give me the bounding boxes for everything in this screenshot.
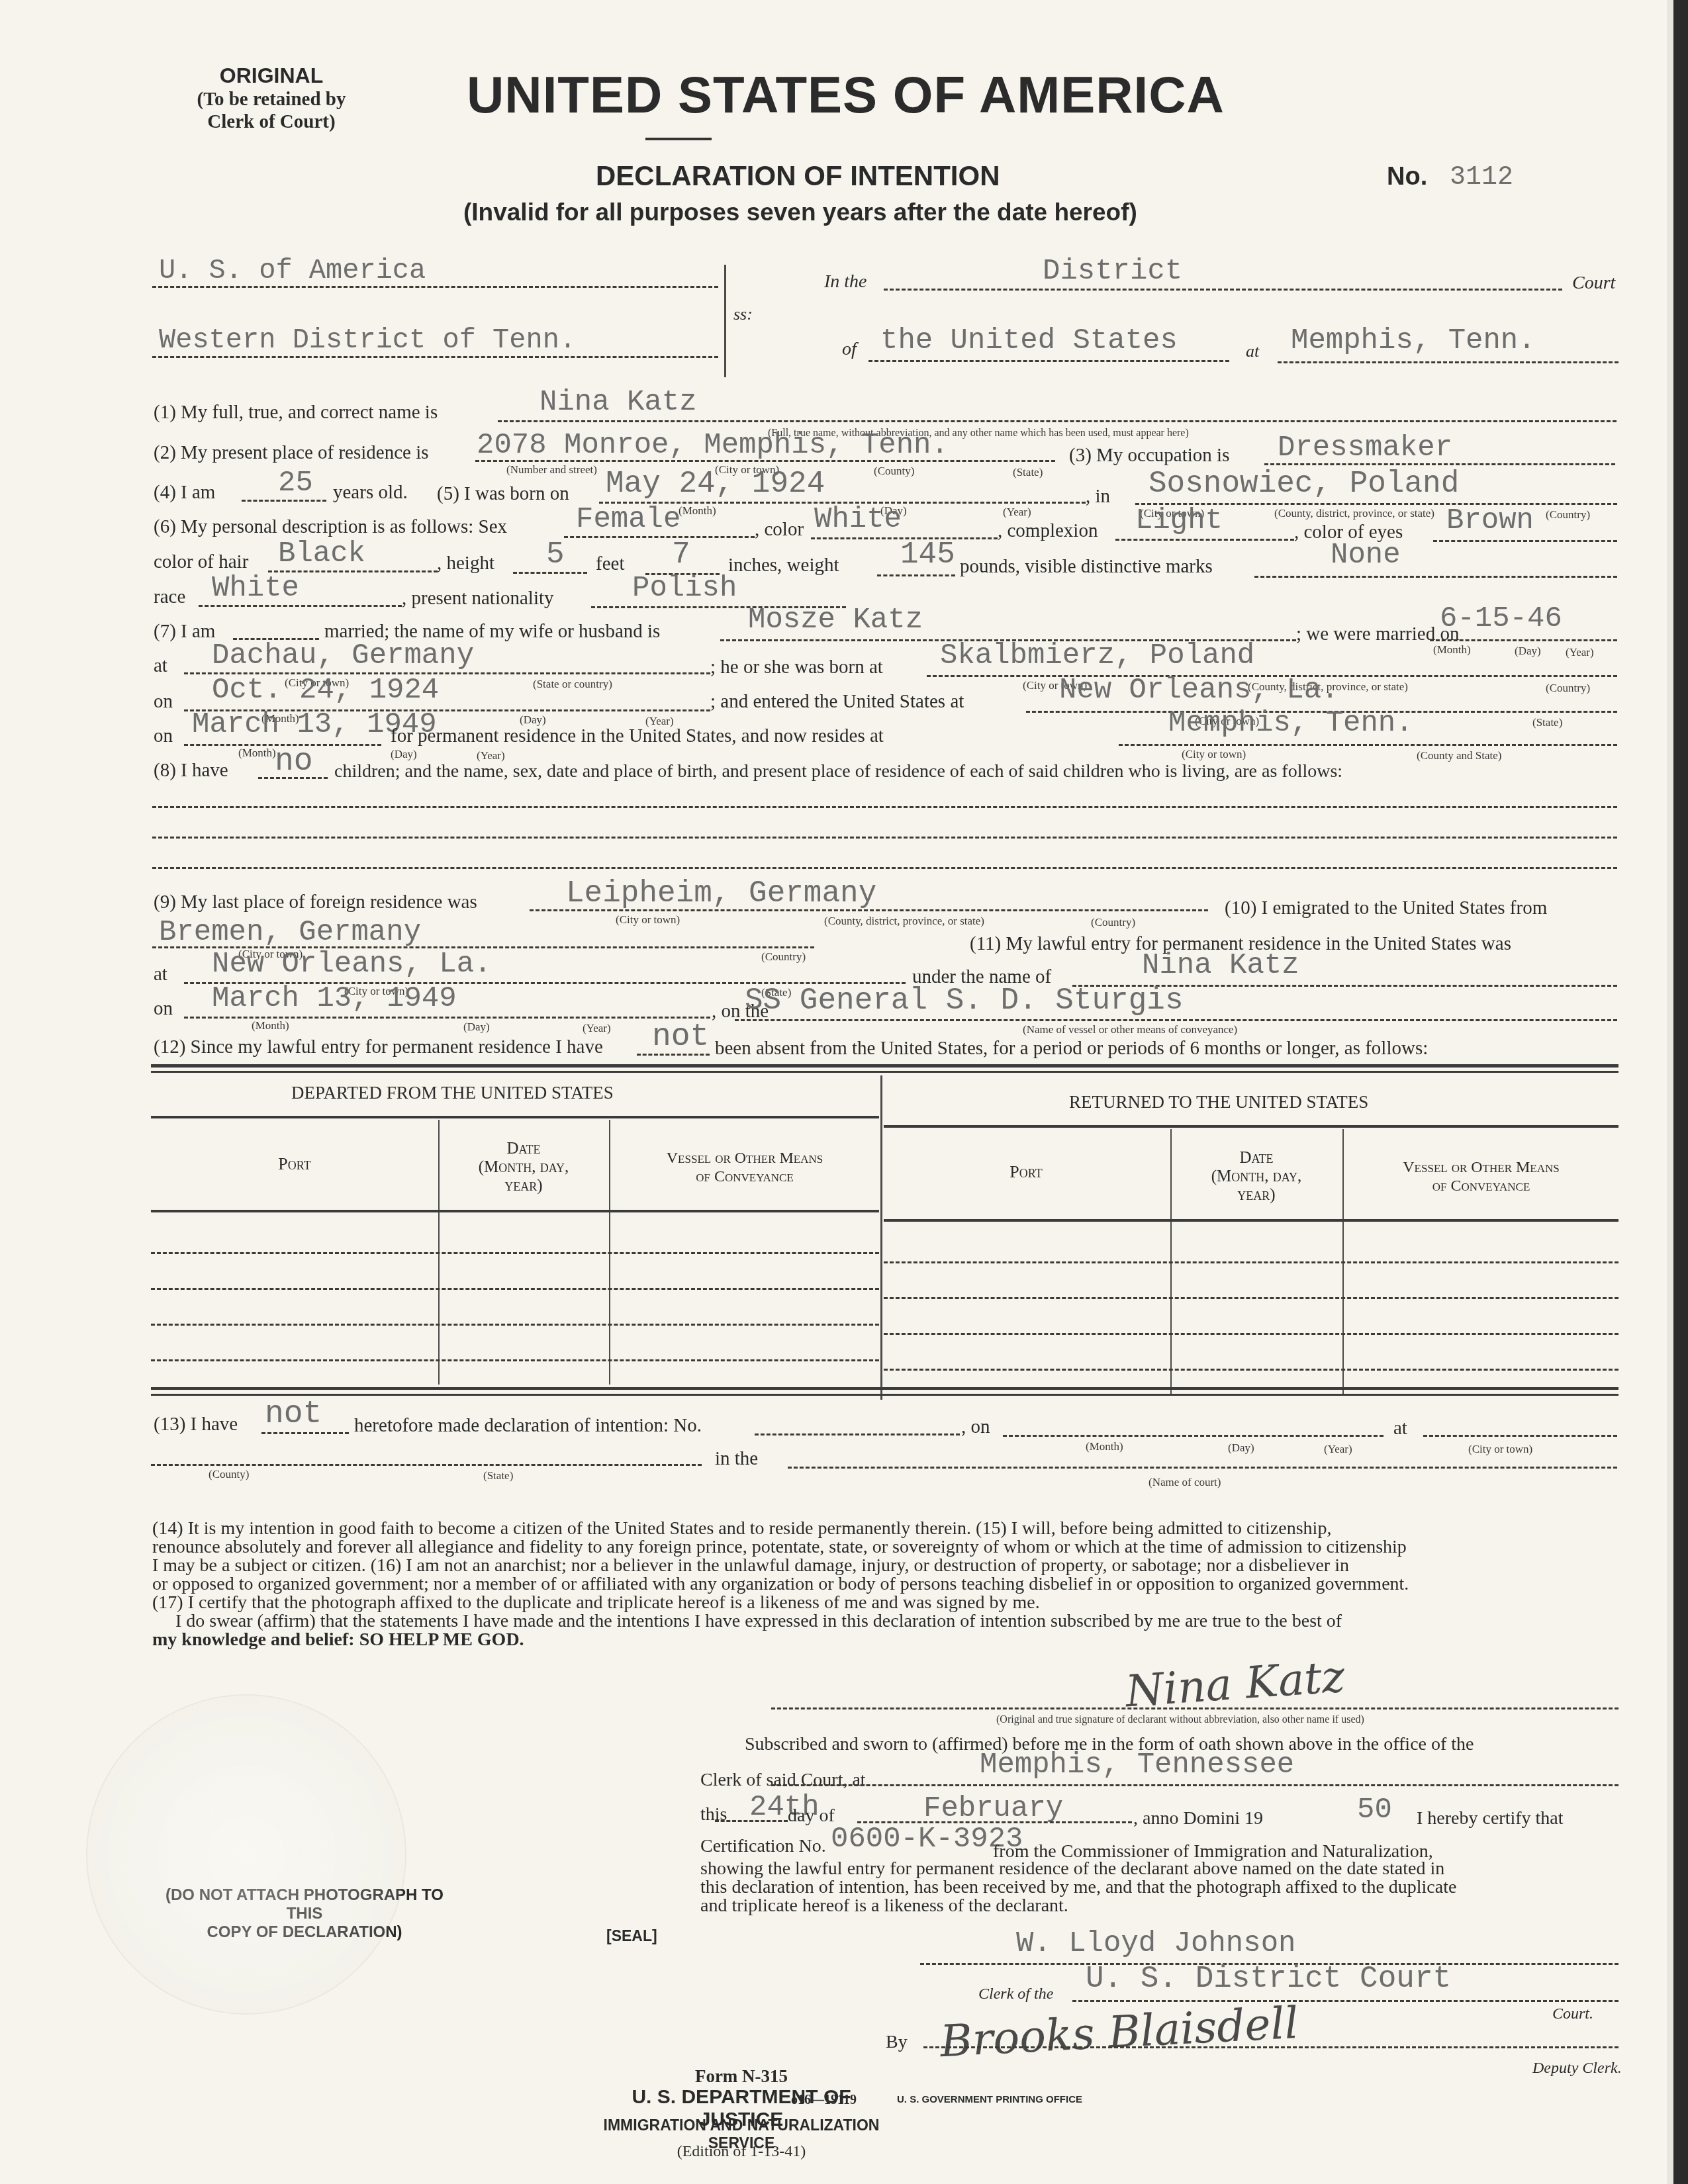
distinctive-marks: None (1331, 539, 1401, 572)
marriage-date-line (1430, 639, 1617, 641)
q8-rest-label: children; and the name, sex, date and pl… (334, 761, 1342, 782)
court-suffix-label: Court. (1552, 2005, 1593, 2023)
gpo-label: U. S. GOVERNMENT PRINTING OFFICE (897, 2094, 1082, 2105)
oath-line-5: (17) I certify that the photograph affix… (152, 1594, 1618, 1612)
age: 25 (278, 467, 313, 500)
q13-label: (13) I have (154, 1414, 238, 1435)
note-country: (Country) (1546, 508, 1590, 522)
nationality: Polish (632, 572, 737, 605)
day-of-label: day of (788, 1807, 835, 1825)
returned-title: RETURNED TO THE UNITED STATES (1069, 1092, 1368, 1113)
note-day-2: (Day) (1515, 645, 1541, 658)
race-line (199, 605, 402, 607)
children-line-1 (152, 806, 1617, 808)
q2-label: (2) My present place of residence is (154, 442, 429, 464)
spouse-entry-port: New Orleans, La. (1059, 674, 1338, 707)
in-label: , in (1086, 486, 1110, 508)
oath-place-line (771, 1784, 1618, 1786)
ret-date-header: Date (Month, day, year) (1172, 1149, 1341, 1205)
prior-no-line[interactable] (755, 1433, 960, 1435)
years-old-label: years old. (333, 482, 408, 504)
dep-vessel-h2: of Conveyance (610, 1167, 879, 1186)
court-label: Court (1572, 273, 1615, 294)
marriage-place: Dachau, Germany (212, 639, 474, 672)
clerk-at-label: Clerk of said Court, at (700, 1771, 866, 1790)
retained-text-1: (To be retained by (152, 88, 391, 111)
ret-row-4[interactable] (884, 1369, 1618, 1371)
q13-note-city: (City or town) (1468, 1443, 1532, 1456)
table-top-rule-2 (151, 1071, 1618, 1073)
prior-county-state-line[interactable] (151, 1464, 702, 1466)
title-rule (645, 138, 712, 140)
ret-vessel-header: Vessel or Other Means of Conveyance (1344, 1158, 1618, 1195)
note-month-4: (Month) (238, 747, 276, 760)
note-county-district: (County, district, province, or state) (1274, 507, 1434, 520)
hair-color: Black (278, 537, 365, 570)
sex-line (564, 536, 755, 538)
marriage-date: 6-15-46 (1440, 602, 1562, 635)
court-location-line (1278, 361, 1618, 363)
age-line (242, 500, 326, 502)
dep-row-2[interactable] (151, 1288, 879, 1290)
note-vessel: (Name of vessel or other means of convey… (1023, 1023, 1237, 1036)
note-state: (State) (1013, 466, 1043, 479)
at-label: at (1246, 341, 1259, 361)
married-at-label: at (154, 655, 167, 677)
entry-at-label: at (154, 964, 167, 985)
cert-line-2: this declaration of intention, has been … (700, 1878, 1456, 1897)
inches-weight-label: inches, weight (728, 555, 839, 576)
complexion: Light (1135, 504, 1223, 537)
residence: 2078 Monroe, Memphis, Tenn. (477, 429, 949, 462)
emigrated-from: Bremen, Germany (159, 916, 421, 949)
eyes-line (1433, 540, 1617, 542)
oath-line-2: renounce absolutely and forever all alle… (152, 1538, 1618, 1557)
spouse-birth-date: Oct. 24, 1924 (212, 674, 439, 707)
oath-line-1: (14) It is my intention in good faith to… (152, 1520, 1618, 1538)
entry-name: Nina Katz (1142, 949, 1299, 982)
ret-row-3[interactable] (884, 1333, 1618, 1335)
retained-text-2: Clerk of Court) (152, 111, 391, 133)
weight: 145 (900, 537, 955, 572)
q3-label: (3) My occupation is (1069, 445, 1229, 467)
married-on-label: ; we were married on (1296, 623, 1459, 645)
q13-note-state: (State) (483, 1469, 513, 1482)
complexion-line (1115, 539, 1294, 541)
dep-row-4[interactable] (151, 1359, 879, 1361)
clerk-court-name: U. S. District Court (1086, 1962, 1451, 1996)
validity-note: (Invalid for all purposes seven years af… (463, 199, 1137, 226)
note-year-4: (Year) (477, 749, 505, 762)
q9-label: (9) My last place of foreign residence w… (154, 891, 477, 913)
entry-on-label: on (154, 998, 173, 1020)
court-location: Memphis, Tenn. (1291, 324, 1536, 357)
name-line (498, 420, 1617, 422)
note-year-2: (Year) (1566, 646, 1594, 659)
note-county-state: (County and State) (1417, 749, 1501, 762)
q8-label: (8) I have (154, 760, 228, 782)
q13-note-year: (Year) (1324, 1443, 1352, 1456)
declaration-number: 3112 (1450, 163, 1513, 193)
scan-edge-dark (1673, 0, 1688, 2184)
q13-at-label: at (1393, 1418, 1407, 1439)
cert-line-1: showing the lawful entry for permanent r… (700, 1860, 1456, 1878)
occupation: Dressmaker (1278, 432, 1452, 465)
oath-day-line (715, 1820, 788, 1822)
note-day-5: (Day) (463, 1021, 490, 1034)
oath-paragraph: (14) It is my intention in good faith to… (152, 1520, 1618, 1649)
q12-rest-label: been absent from the United States, for … (715, 1038, 1428, 1060)
foreign-residence-line (530, 909, 1208, 911)
edition-note: (Edition of 1-13-41) (596, 2143, 887, 2161)
oath-line-4: or opposed to organized government; nor … (152, 1575, 1618, 1594)
oath-line-7: my knowledge and belief: SO HELP ME GOD. (152, 1631, 1618, 1649)
oath-place: Memphis, Tennessee (980, 1749, 1294, 1782)
dep-date-header: Date (Month, day, year) (440, 1140, 608, 1195)
ret-date-h1: Date (1172, 1149, 1341, 1167)
number-label: No. (1387, 163, 1427, 191)
spouse-born-label: ; he or she was born at (710, 657, 883, 678)
note-day-4: (Day) (391, 748, 417, 761)
by-label: By (886, 2032, 908, 2053)
seal-label: [SEAL] (606, 1927, 657, 1945)
clerk-court-line (1072, 2000, 1618, 2002)
note-month: (Month) (679, 504, 716, 518)
color-label: , color (755, 519, 804, 541)
ret-row-2[interactable] (884, 1297, 1618, 1299)
q6-label: (6) My personal description is as follow… (154, 516, 507, 538)
form-number: Form N-315 (596, 2066, 887, 2087)
print-code: o16—19119 (791, 2093, 857, 2108)
ret-port-header: Port (884, 1162, 1168, 1182)
deputy-clerk-line (923, 2046, 1618, 2048)
note-year-5: (Year) (583, 1022, 611, 1035)
note-country-4: (Country) (761, 950, 806, 964)
oath-year: 50 (1357, 1794, 1392, 1827)
spouse-birth-on-label: on (154, 691, 173, 713)
q10-label: (10) I emigrated to the United States fr… (1225, 897, 1547, 919)
vessel-name: SS General S. D. Sturgis (745, 983, 1184, 1018)
deputy-clerk-signature: Brooks Blaisdell (939, 1997, 1299, 2067)
in-the-label: In the (824, 271, 867, 293)
children-line-3 (152, 867, 1617, 869)
permanent-residence-label: for permanent residence in the United St… (391, 725, 884, 747)
q12-label: (12) Since my lawful entry for permanent… (154, 1036, 603, 1058)
of-value: the United States (880, 324, 1178, 357)
deputy-clerk-label: Deputy Clerk. (1532, 2060, 1622, 2077)
residence-line (475, 460, 1055, 462)
certify-label: I hereby certify that (1417, 1809, 1564, 1828)
eye-color: Brown (1446, 504, 1534, 537)
oath-month: February (923, 1792, 1063, 1825)
note-city-7: (City or town) (616, 913, 680, 927)
prior-date-line[interactable] (1003, 1435, 1383, 1437)
form-subtitle: DECLARATION OF INTENTION (596, 160, 1000, 192)
ret-col-header-rule (884, 1219, 1618, 1222)
dep-vessel-h1: Vessel or Other Means (610, 1149, 879, 1167)
dep-port-header: Port (152, 1154, 437, 1174)
departed-title: DEPARTED FROM THE UNITED STATES (291, 1083, 614, 1103)
q7-label: (7) I am (154, 621, 215, 643)
spouse-entry-on-label: on (154, 725, 173, 747)
q13-note-county: (County) (209, 1468, 249, 1481)
returned-header-rule (884, 1125, 1618, 1128)
children-count: no (275, 744, 313, 780)
venue-district-line (152, 356, 718, 358)
ret-date-h2: (Month, day, (1172, 1167, 1341, 1186)
last-foreign-residence: Leipheim, Germany (566, 876, 876, 911)
venue-district: Western District of Tenn. (159, 324, 576, 356)
q13-rest-label: heretofore made declaration of intention… (354, 1415, 702, 1437)
original-text: ORIGINAL (152, 64, 391, 88)
signature-note: (Original and true signature of declaran… (996, 1714, 1364, 1726)
dep-date-h3: year) (440, 1177, 608, 1195)
oath-line-6: I do swear (affirm) that the statements … (152, 1612, 1618, 1631)
entry-date: March 13, 1949 (212, 982, 457, 1015)
absence-value: not (652, 1019, 709, 1055)
prior-declaration-line (261, 1432, 349, 1434)
race-label: race (154, 586, 185, 608)
table-bottom-rule (151, 1387, 1618, 1390)
note-county-district-3: (County, district, province, or state) (824, 915, 984, 928)
full-name: Nina Katz (539, 386, 697, 419)
vessel-line (735, 1019, 1617, 1021)
weight-line (877, 574, 955, 576)
entry-date-line (184, 1017, 710, 1019)
court-type: District (1043, 255, 1182, 288)
certification-paragraph: showing the lawful entry for permanent r… (700, 1860, 1456, 1915)
q13-on-label: , on (961, 1416, 990, 1438)
q13-note-month: (Month) (1086, 1440, 1123, 1453)
ret-vessel-h2: of Conveyance (1344, 1177, 1618, 1195)
note-month-2: (Month) (1433, 643, 1471, 657)
table-bottom-rule-2 (151, 1394, 1618, 1396)
q13-note-day: (Day) (1228, 1441, 1254, 1455)
q13-note-court: (Name of court) (1149, 1476, 1221, 1489)
q5-label: (5) I was born on (437, 483, 569, 505)
height-feet: 5 (546, 537, 565, 572)
nationality-label: , present nationality (402, 588, 554, 610)
q1-label: (1) My full, true, and correct name is (154, 402, 438, 424)
q4-label: (4) I am (154, 482, 215, 504)
spouse-name: Mosze Katz (748, 604, 923, 637)
dep-row-1[interactable] (151, 1252, 879, 1254)
spouse-residence: Memphis, Tenn. (1168, 707, 1413, 740)
of-line (868, 360, 1229, 362)
occupation-line (1264, 463, 1615, 465)
note-county: (County) (874, 465, 914, 478)
page-title: UNITED STATES OF AMERICA (467, 65, 1225, 125)
prior-court-line[interactable] (788, 1467, 1617, 1469)
dep-date-h2: (Month, day, (440, 1158, 608, 1177)
color: White (814, 503, 902, 536)
spouse-birthplace: Skalbmierz, Poland (940, 639, 1254, 672)
note-year: (Year) (1003, 506, 1031, 519)
table-top-rule (151, 1064, 1618, 1068)
note-country-3: (Country) (1091, 916, 1135, 929)
children-line (258, 777, 328, 779)
spouse-entered-label: ; and entered the United States at (710, 691, 964, 713)
note-city-6: (City or town) (1182, 748, 1246, 761)
entry-port: New Orleans, La. (212, 948, 491, 981)
birth-date: May 24, 1924 (606, 467, 825, 501)
ss-label: ss: (733, 304, 753, 324)
venue-country-line (152, 286, 718, 288)
q13-in-the-label: in the (715, 1448, 758, 1470)
marks-line (1254, 576, 1617, 578)
cert-line-3: and triplicate hereof is a likeness of t… (700, 1897, 1456, 1915)
clerk-of-label: Clerk of the (978, 1985, 1053, 2003)
oath-line-3: I may be a subject or citizen. (16) I am… (152, 1557, 1618, 1575)
sex: Female (576, 503, 680, 536)
table-center-divider (880, 1075, 882, 1400)
height-feet-line (513, 572, 587, 574)
scan-edge-light (1667, 0, 1673, 2184)
ret-vessel-h1: Vessel or Other Means (1344, 1158, 1618, 1177)
certification-label: Certification No. (700, 1837, 826, 1856)
note-country-2: (Country) (1546, 682, 1590, 695)
clerk-name: W. Lloyd Johnson (1016, 1927, 1295, 1960)
ret-row-1[interactable] (884, 1261, 1618, 1263)
embossed-seal (86, 1694, 406, 2015)
note-state-2: (State) (1532, 716, 1562, 729)
signature-line[interactable] (771, 1707, 1618, 1709)
dep-date-h1: Date (440, 1140, 608, 1158)
note-state-country: (State or country) (533, 678, 612, 691)
anno-domini-label: , anno Domini 19 (1133, 1809, 1263, 1828)
hair-label: color of hair (154, 551, 248, 573)
venue-bracket (724, 265, 726, 377)
ret-date-h3: year) (1172, 1186, 1341, 1205)
height-inches: 7 (672, 537, 690, 572)
of-label: of (842, 339, 857, 360)
dep-vessel-header: Vessel or Other Means of Conveyance (610, 1149, 879, 1186)
dep-row-3[interactable] (151, 1324, 879, 1326)
venue-country: U. S. of America (159, 255, 426, 287)
spouse-residence-line (1119, 744, 1617, 746)
note-day-3: (Day) (520, 713, 546, 727)
birth-place: Sosnowiec, Poland (1149, 467, 1459, 501)
race: White (212, 572, 299, 605)
original-label: ORIGINAL (To be retained by Clerk of Cou… (152, 64, 391, 133)
dep-col-header-rule (151, 1210, 879, 1212)
note-month-5: (Month) (252, 1019, 289, 1032)
pounds-label: pounds, visible distinctive marks (960, 556, 1213, 578)
note-number-street: (Number and street) (506, 463, 597, 477)
departed-header-rule (151, 1116, 879, 1118)
absence-line (637, 1054, 710, 1056)
prior-city-line[interactable] (1423, 1435, 1617, 1437)
complexion-label: , complexion (998, 520, 1098, 542)
feet-label: feet (596, 553, 624, 575)
height-label: , height (437, 553, 494, 574)
prior-declaration-value: not (265, 1396, 322, 1432)
children-line-2 (152, 837, 1617, 839)
court-type-line (884, 289, 1562, 291)
